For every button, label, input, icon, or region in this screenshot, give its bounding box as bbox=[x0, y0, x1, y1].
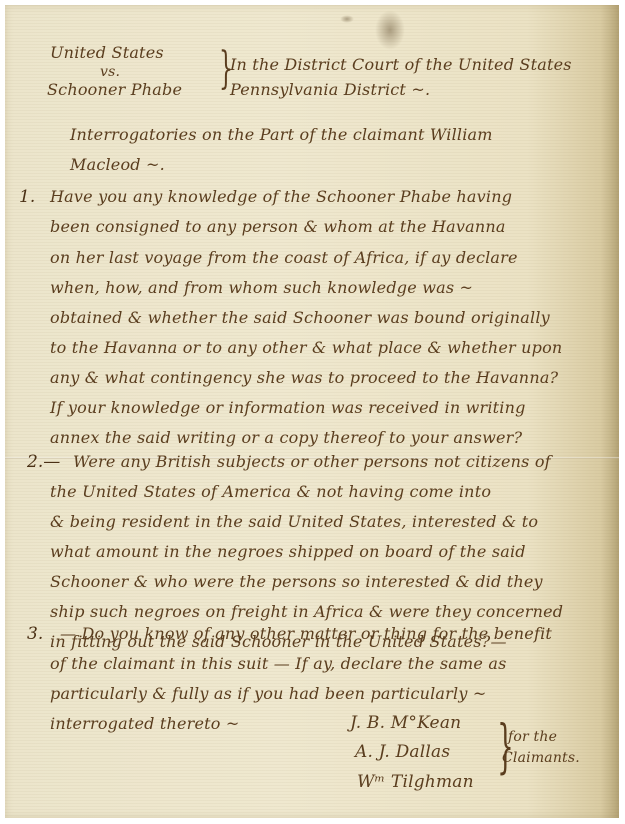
interrogatory-2-line: the United States of America & not havin… bbox=[50, 482, 491, 501]
document-title-continued: Macleod ~. bbox=[70, 155, 165, 174]
interrogatory-2-line: & being resident in the said United Stat… bbox=[50, 512, 538, 531]
interrogatory-3-line: particularly & fully as if you had been … bbox=[50, 684, 486, 703]
ink-stain bbox=[375, 10, 405, 50]
interrogatory-2-line: Schooner & who were the persons so inter… bbox=[50, 572, 543, 591]
interrogatory-2-line: Were any British subjects or other perso… bbox=[73, 452, 551, 471]
signature-brace: } bbox=[497, 717, 514, 775]
interrogatory-1-line: been consigned to any person & whom at t… bbox=[50, 217, 506, 236]
signature-role-continued: Claimants. bbox=[502, 750, 580, 766]
interrogatory-2-number: 2.— bbox=[27, 452, 60, 472]
interrogatory-1-number: 1. bbox=[19, 187, 35, 207]
interrogatory-1-line: on her last voyage from the coast of Afr… bbox=[50, 248, 518, 267]
interrogatory-1-line: Have you any knowledge of the Schooner P… bbox=[50, 187, 512, 206]
court-name: In the District Court of the United Stat… bbox=[230, 55, 572, 74]
signature-dallas: A. J. Dallas bbox=[355, 742, 450, 762]
interrogatory-1-line: to the Havanna or to any other & what pl… bbox=[50, 338, 562, 357]
interrogatory-1-line: any & what contingency she was to procee… bbox=[50, 368, 558, 387]
interrogatory-1-line: obtained & whether the said Schooner was… bbox=[50, 308, 550, 327]
interrogatory-1-line: when, how, and from whom such knowledge … bbox=[50, 278, 473, 297]
interrogatory-3-line: interrogated thereto ~ bbox=[50, 714, 240, 733]
caption-versus: vs. bbox=[100, 64, 120, 80]
signature-tilghman: Wᵐ Tilghman bbox=[357, 772, 474, 792]
ink-stain bbox=[340, 15, 354, 23]
interrogatory-2-line: what amount in the negroes shipped on bo… bbox=[50, 542, 526, 561]
interrogatory-1-line: annex the said writing or a copy thereof… bbox=[50, 428, 522, 447]
document-title: Interrogatories on the Part of the claim… bbox=[70, 125, 493, 144]
interrogatory-1-line: If your knowledge or information was rec… bbox=[50, 398, 526, 417]
interrogatory-3-number: 3. bbox=[27, 624, 43, 644]
caption-plaintiff: United States bbox=[50, 43, 164, 62]
caption-defendant: Schooner Phabe bbox=[47, 80, 182, 99]
interrogatory-2-line: ship such negroes on freight in Africa &… bbox=[50, 602, 563, 621]
signature-role: for the bbox=[508, 729, 557, 745]
interrogatory-3-line: of the claimant in this suit — If ay, de… bbox=[50, 654, 507, 673]
manuscript-page: United States vs. Schooner Phabe } In th… bbox=[5, 5, 619, 818]
interrogatory-3-line: — Do you know of any other matter or thi… bbox=[60, 624, 552, 643]
court-district: Pennsylvania District ~. bbox=[230, 80, 430, 99]
signature-mckean: J. B. M°Kean bbox=[350, 713, 461, 733]
